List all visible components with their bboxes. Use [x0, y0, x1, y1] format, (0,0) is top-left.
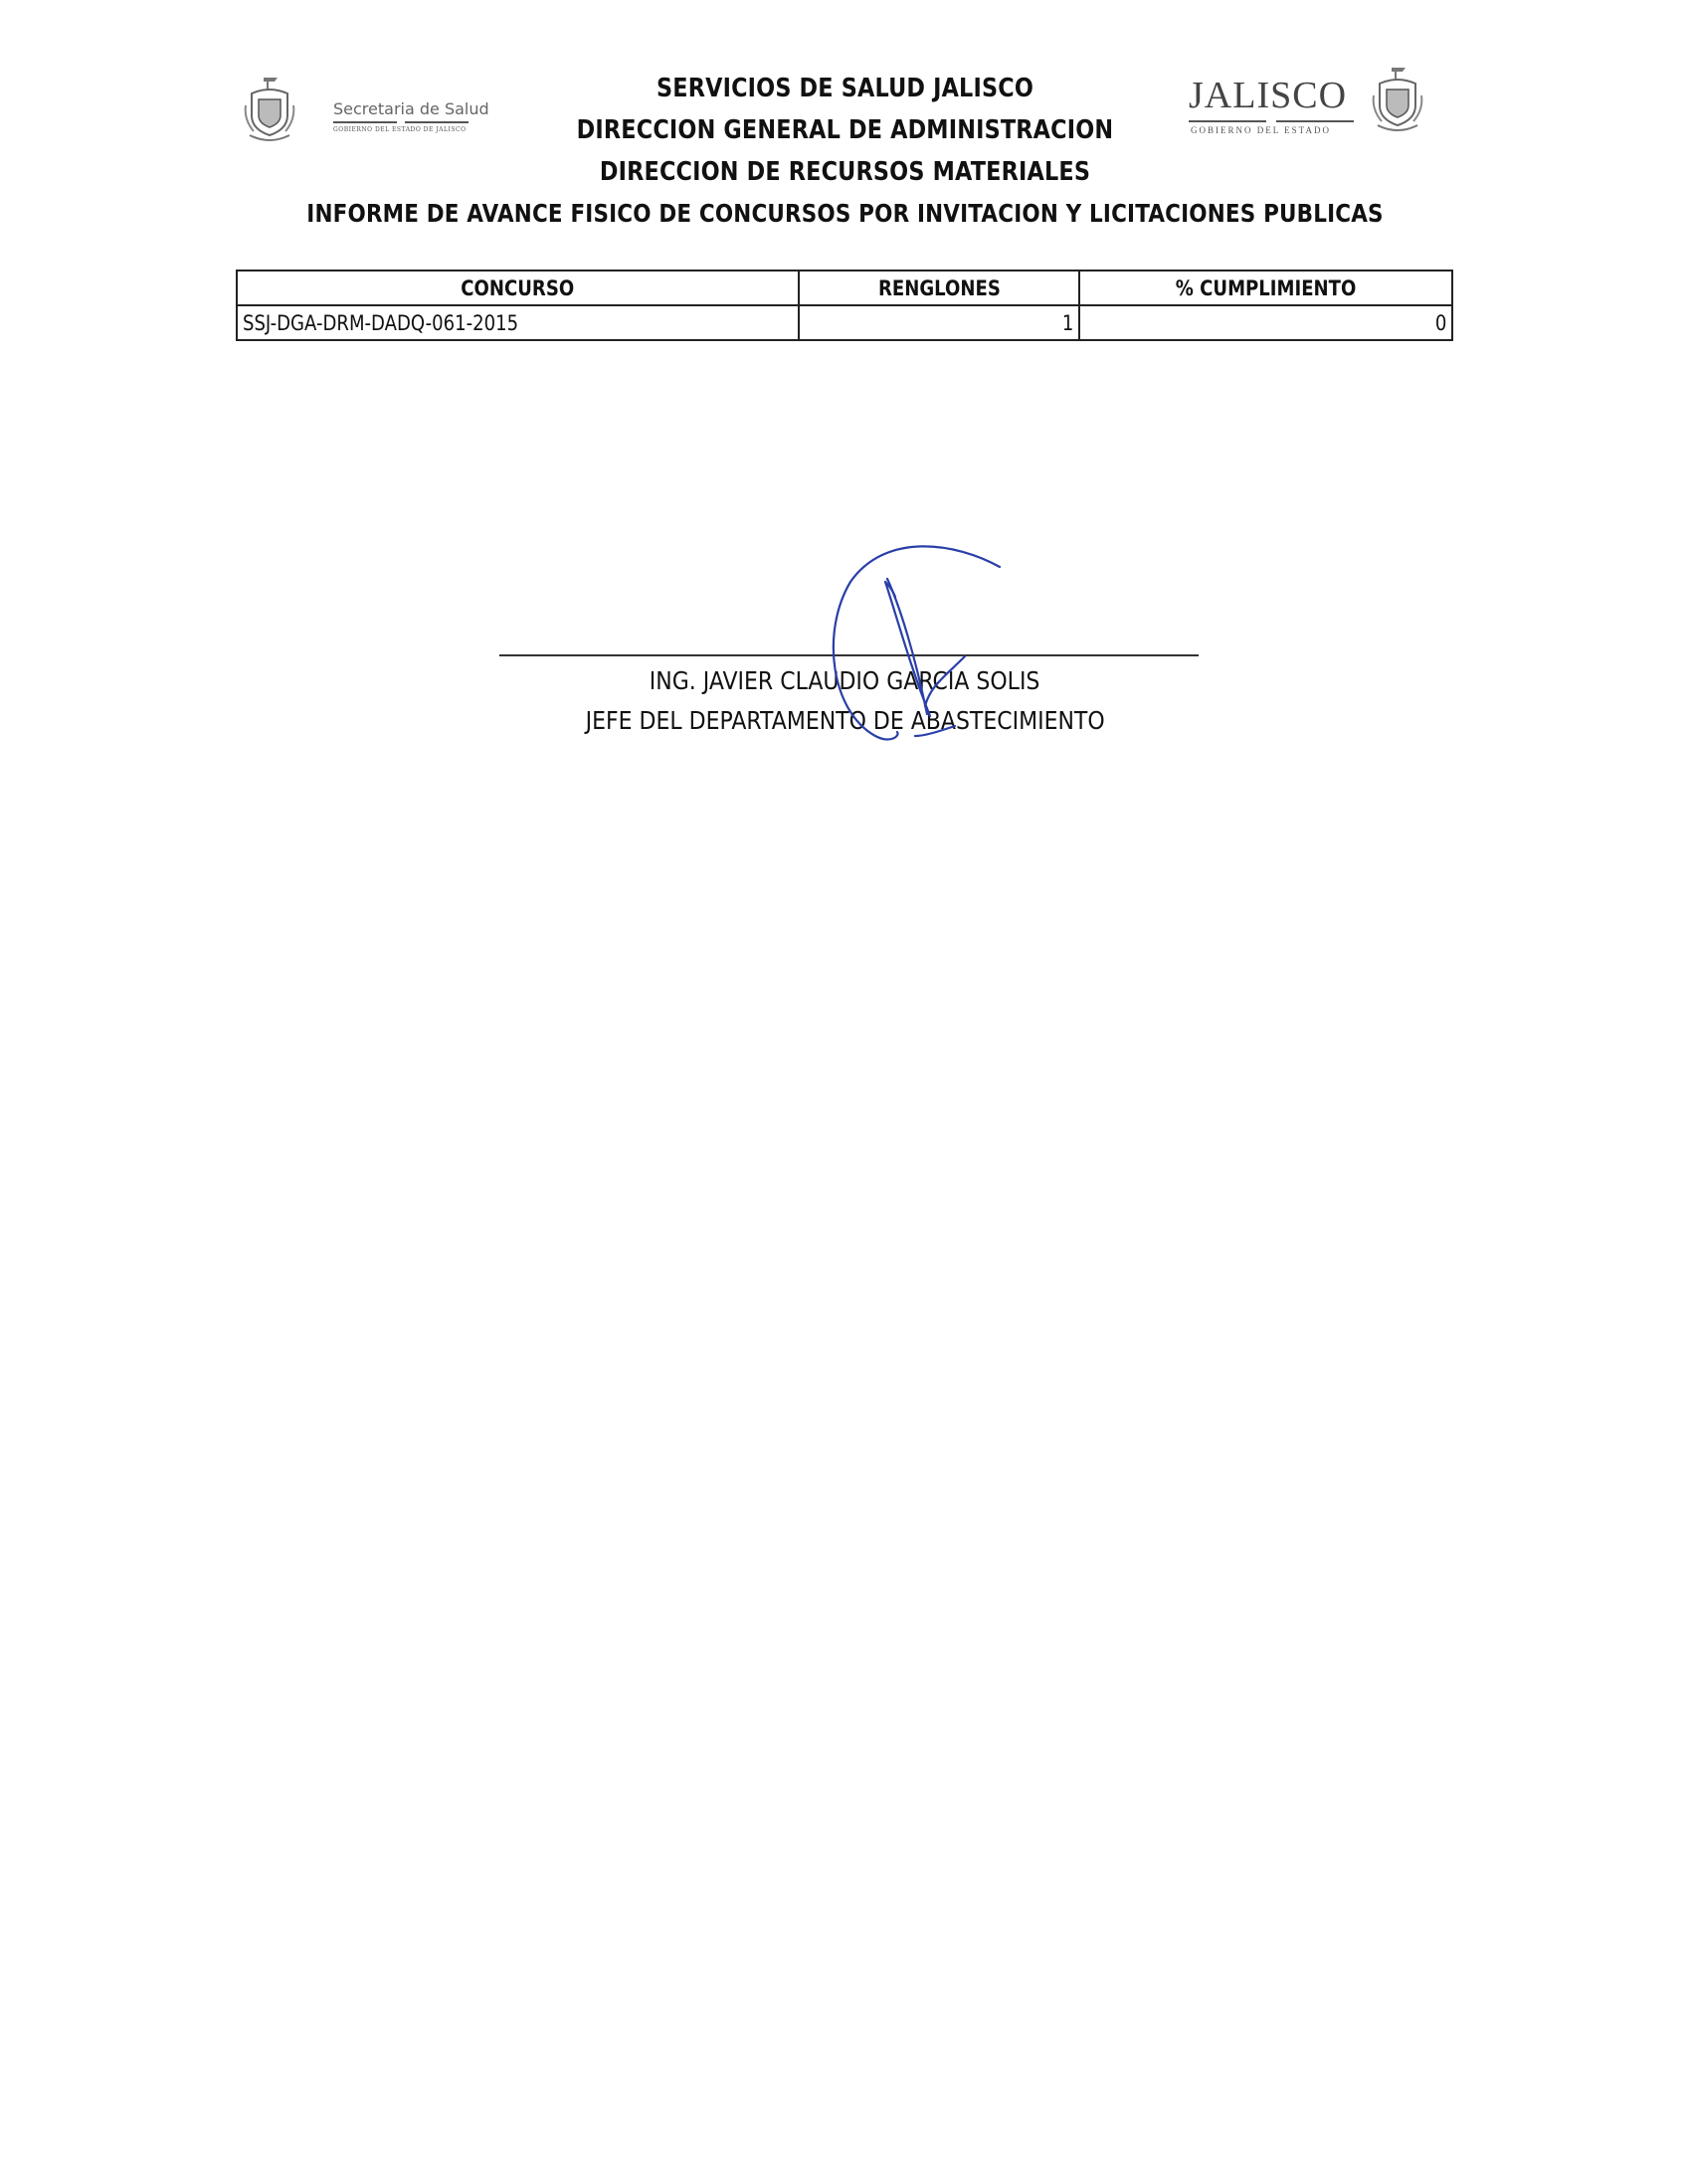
jalisco-subtitle: GOBIERNO DEL ESTADO	[1191, 125, 1331, 135]
title-line-3: DIRECCION DE RECURSOS MATERIALES	[118, 151, 1572, 193]
state-coat-of-arms-icon	[1370, 66, 1425, 133]
report-title: INFORME DE AVANCE FISICO DE CONCURSOS PO…	[118, 193, 1572, 235]
jalisco-gobierno-logo: JALISCO GOBIERNO DEL ESTADO	[1189, 66, 1437, 145]
cell-concurso: SSJ-DGA-DRM-DADQ-061-2015	[237, 305, 799, 340]
handwritten-signature-icon	[806, 537, 1025, 776]
table-row: SSJ-DGA-DRM-DADQ-061-2015 1 0	[237, 305, 1452, 340]
cell-cumplimiento: 0	[1079, 305, 1452, 340]
table-header-row: CONCURSO RENGLONES % CUMPLIMIENTO	[237, 271, 1452, 305]
cell-renglones: 1	[799, 305, 1080, 340]
column-header-renglones: RENGLONES	[799, 271, 1080, 305]
jalisco-wordmark: JALISCO	[1189, 74, 1347, 117]
column-header-cumplimiento: % CUMPLIMIENTO	[1079, 271, 1452, 305]
concursos-table: CONCURSO RENGLONES % CUMPLIMIENTO SSJ-DG…	[236, 270, 1453, 341]
column-header-concurso: CONCURSO	[237, 271, 799, 305]
logo-divider	[1189, 120, 1354, 122]
